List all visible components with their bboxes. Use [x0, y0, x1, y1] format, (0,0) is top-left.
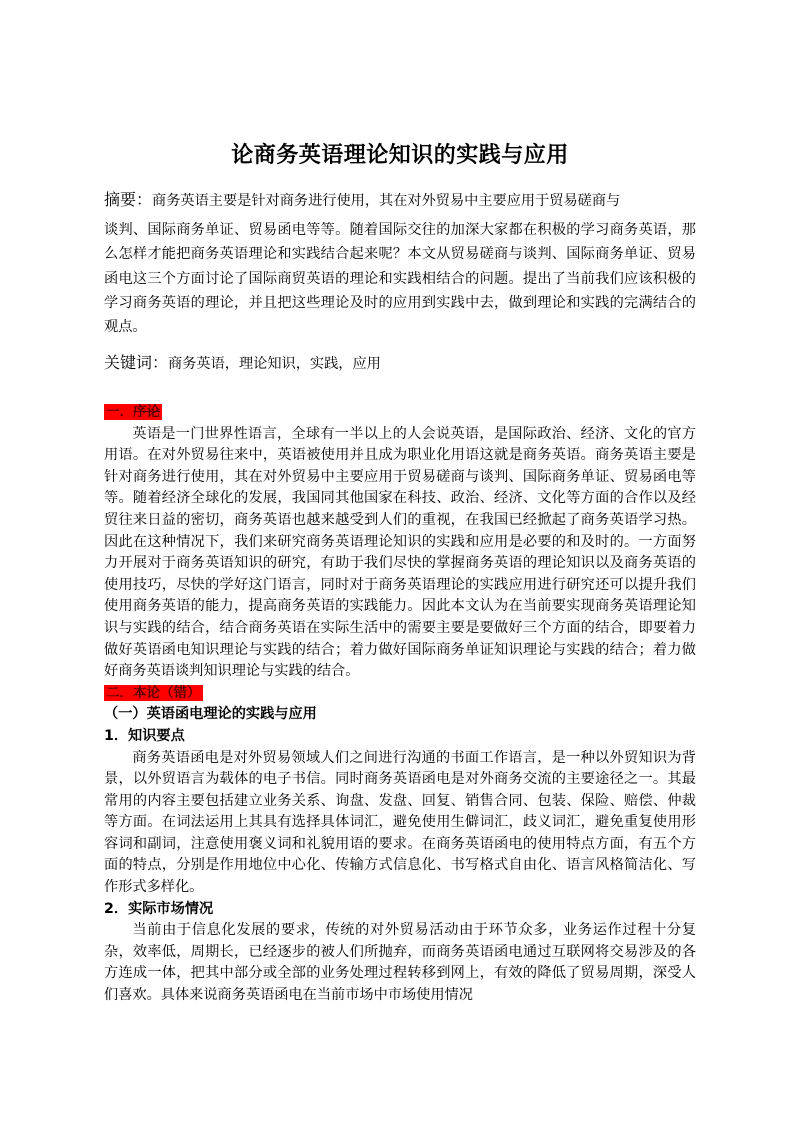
section-heading-main: 二．本论（错）: [104, 685, 203, 701]
keywords: 关键词：商务英语，理论知识，实践，应用: [104, 350, 696, 373]
abstract-text: 谈判、国际商务单证、贸易函电等等。随着国际交往的加深大家都在积极的学习商务英语，…: [104, 218, 696, 339]
intro-paragraph: 英语是一门世界性语言，全球有一半以上的人会说英语，是国际政治、经济、文化的官方用…: [104, 424, 696, 683]
page-title: 论商务英语理论知识的实践与应用: [104, 138, 696, 169]
keywords-label: 关键词：: [104, 353, 168, 372]
keywords-value: 商务英语，理论知识，实践，应用: [168, 356, 381, 372]
heading-number: 一．: [106, 404, 133, 420]
heading-text: 序论: [133, 404, 160, 420]
point-heading-2: 2．实际市场情况: [104, 899, 696, 921]
document-body: 一．序论 英语是一门世界性语言，全球有一半以上的人会说英语，是国际政治、经济、文…: [104, 402, 696, 1007]
abstract-label: 摘要：: [104, 190, 152, 209]
point2-paragraph: 当前由于信息化发展的要求，传统的对外贸易活动由于环节众多，业务运作过程十分复杂，…: [104, 920, 696, 1006]
subsection-heading-1: （一）英语函电理论的实践与应用: [104, 704, 696, 726]
abstract: 摘要：商务英语主要是针对商务进行使用，其在对外贸易中主要应用于贸易磋商与 谈判、…: [104, 183, 696, 339]
point-heading-1: 1．知识要点: [104, 726, 696, 748]
abstract-first-line: 商务英语主要是针对商务进行使用，其在对外贸易中主要应用于贸易磋商与: [152, 193, 620, 209]
point1-paragraph: 商务英语函电是对外贸易领域人们之间进行沟通的书面工作语言，是一种以外贸知识为背景…: [104, 748, 696, 899]
section-heading-intro: 一．序论: [104, 404, 162, 420]
